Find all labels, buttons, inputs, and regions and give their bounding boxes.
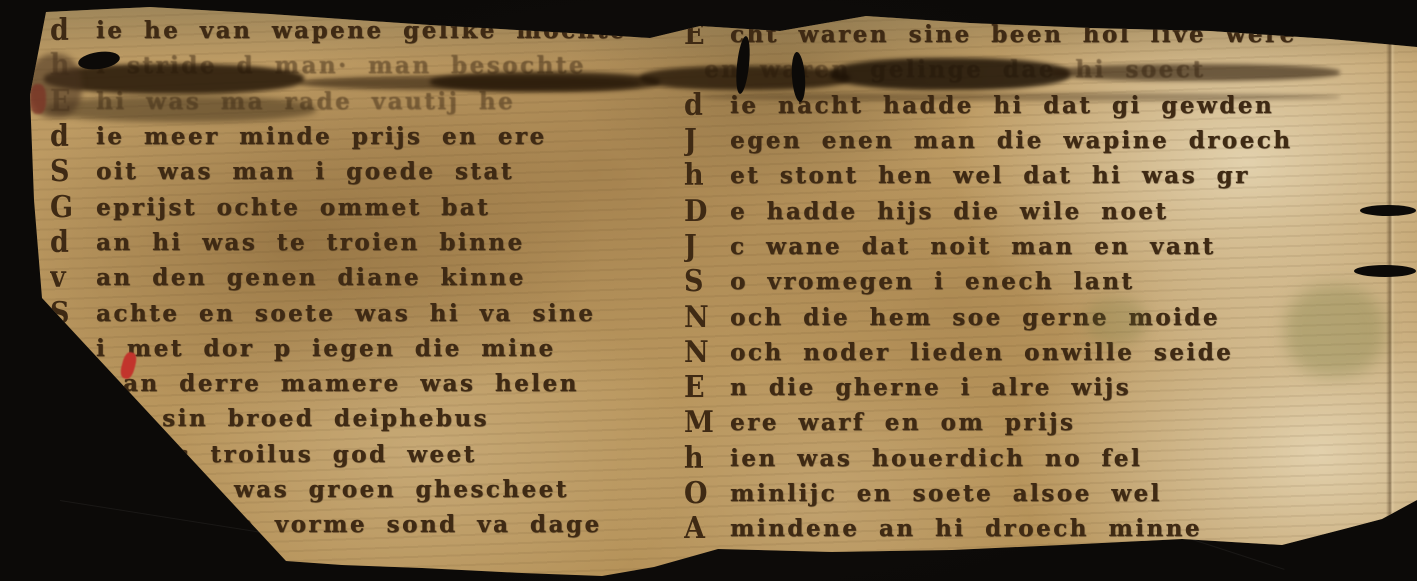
line-initial: N — [684, 300, 712, 335]
fold-crease — [1386, 44, 1395, 522]
line-initial: h — [684, 441, 712, 476]
manuscript-line: en was groen ghescheet — [50, 472, 668, 507]
manuscript-line: Ehi was ma rade vautij he — [50, 84, 668, 119]
line-initial: S — [50, 331, 78, 366]
line-initial: G — [50, 190, 78, 225]
line-text: et stont hen wel dat hi was gr — [730, 162, 1250, 189]
manuscript-line: van den genen diane kinne — [50, 260, 668, 295]
manuscript-line: Ominlijc en soete alsoe wel — [684, 476, 1404, 511]
manuscript-line: su sin broed deiphebus — [50, 401, 668, 436]
manuscript-line: het stont hen wel dat hi was gr — [684, 158, 1404, 193]
line-initial: S — [50, 296, 78, 331]
text-column-right: Echt waren sine been hol live wereen war… — [684, 17, 1404, 567]
parchment-fragment: die he van wapene gelike mochtehi stride… — [0, 0, 1417, 581]
line-text: minlijc en soete alsoe wel — [730, 480, 1162, 507]
manuscript-line: En die gherne i alre wijs — [684, 370, 1404, 405]
line-initial: v — [50, 260, 78, 295]
manuscript-line: Echt waren sine been hol live were — [684, 17, 1404, 52]
line-text: an den genen diane kinne — [96, 264, 526, 291]
line-initial: A — [684, 511, 712, 546]
line-initial: d — [684, 88, 712, 123]
line-initial: E — [50, 84, 78, 119]
line-text: ie meer minde prijs en ere — [96, 123, 547, 150]
line-initial: J — [684, 123, 712, 158]
line-text: egen enen man die wapine droech — [730, 127, 1293, 154]
line-text: ere warf en om prijs — [730, 409, 1075, 436]
line-text: och noder lieden onwille seide — [730, 339, 1233, 366]
line-initial: d — [50, 225, 78, 260]
manuscript-line: De hadde hijs die wile noet — [684, 193, 1404, 228]
manuscript-line: Geprijst ochte ommet bat — [50, 189, 668, 224]
line-text: oit was man i goede stat — [96, 158, 514, 185]
line-text: su sin broed deiphebus — [108, 405, 489, 432]
line-text: o vromegen i enech lant — [730, 268, 1135, 295]
line-text: ie nacht hadde hi dat gi gewden — [730, 92, 1274, 119]
line-text: och die hem soe gerne moide — [730, 304, 1220, 331]
red-pigment-mark — [30, 84, 46, 114]
manuscript-line: Si met dor p iegen die mine — [50, 331, 668, 366]
manuscript-line: Noch die hem soe gerne moide — [684, 299, 1404, 334]
line-initial: N — [684, 335, 712, 370]
line-text: achte en soete was hi va sine — [96, 300, 595, 327]
line-initial: d — [50, 13, 78, 48]
photograph-black-backdrop: die he van wapene gelike mochtehi stride… — [0, 0, 1417, 581]
manuscript-line: Sachte en soete was hi va sine — [50, 295, 668, 330]
line-text: ie he van wapene gelike mochte — [96, 17, 627, 44]
line-text: e hadde hijs die wile noet — [730, 198, 1169, 225]
manuscript-line: dan hi was te troien binne — [50, 225, 668, 260]
fold-slit — [1360, 205, 1416, 216]
line-initial: D — [684, 194, 712, 229]
line-text: c wane dat noit man en vant — [730, 233, 1216, 260]
line-text: en was groen ghescheet — [178, 476, 569, 503]
manuscript-line: Noch noder lieden onwille seide — [684, 335, 1404, 370]
line-text: cht waren sine been hol live were — [730, 21, 1297, 48]
manuscript-line: hien was houerdich no fel — [684, 441, 1404, 476]
manuscript-line: hi stride d man· man besochte — [50, 48, 668, 83]
manuscript-line: an derre mamere was helen — [50, 366, 668, 401]
line-initial: O — [684, 476, 712, 511]
line-initial: h — [684, 158, 712, 193]
manuscript-line: Soit was man i goede stat — [50, 154, 668, 189]
manuscript-line: die meer minde prijs en ere — [50, 119, 668, 154]
line-initial: d — [50, 119, 78, 154]
line-text: ien was houerdich no fel — [730, 445, 1142, 472]
line-initial: M — [684, 406, 712, 441]
line-text: an derre mamere was helen — [123, 370, 579, 397]
manuscript-line: as troilus god weet — [50, 437, 668, 472]
line-initial: S — [684, 264, 712, 299]
manuscript-line: Jc wane dat noit man en vant — [684, 229, 1404, 264]
line-text: hi was ma rade vautij he — [96, 88, 515, 115]
manuscript-line: die he van wapene gelike mochte — [50, 13, 668, 48]
text-column-left: die he van wapene gelike mochtehi stride… — [50, 13, 668, 569]
fold-slit — [1354, 265, 1416, 277]
line-initial: E — [684, 17, 712, 52]
line-initial: h — [50, 49, 78, 84]
line-text: an hi was te troien binne — [96, 229, 525, 256]
manuscript-line: Mere warf en om prijs — [684, 405, 1404, 440]
line-text: i stride d man· man besochte — [96, 52, 586, 79]
line-text: en waren gelinge dae hi soect — [704, 56, 1205, 83]
manuscript-line: So vromegen i enech lant — [684, 264, 1404, 299]
manuscript-line: Jegen enen man die wapine droech — [684, 123, 1404, 158]
line-text: mindene an hi droech minne — [730, 515, 1202, 542]
line-text: as troilus god weet — [158, 441, 477, 468]
line-text: eprijst ochte ommet bat — [96, 194, 490, 221]
line-text: n vorme sond va dage — [236, 511, 602, 538]
line-initial: J — [684, 229, 712, 264]
manuscript-line: die nacht hadde hi dat gi gewden — [684, 88, 1404, 123]
line-text: i met dor p iegen die mine — [96, 335, 556, 362]
line-text: n die gherne i alre wijs — [730, 374, 1131, 401]
line-initial: S — [50, 154, 78, 189]
line-initial: E — [684, 370, 712, 405]
manuscript-line: Amindene an hi droech minne — [684, 511, 1404, 546]
